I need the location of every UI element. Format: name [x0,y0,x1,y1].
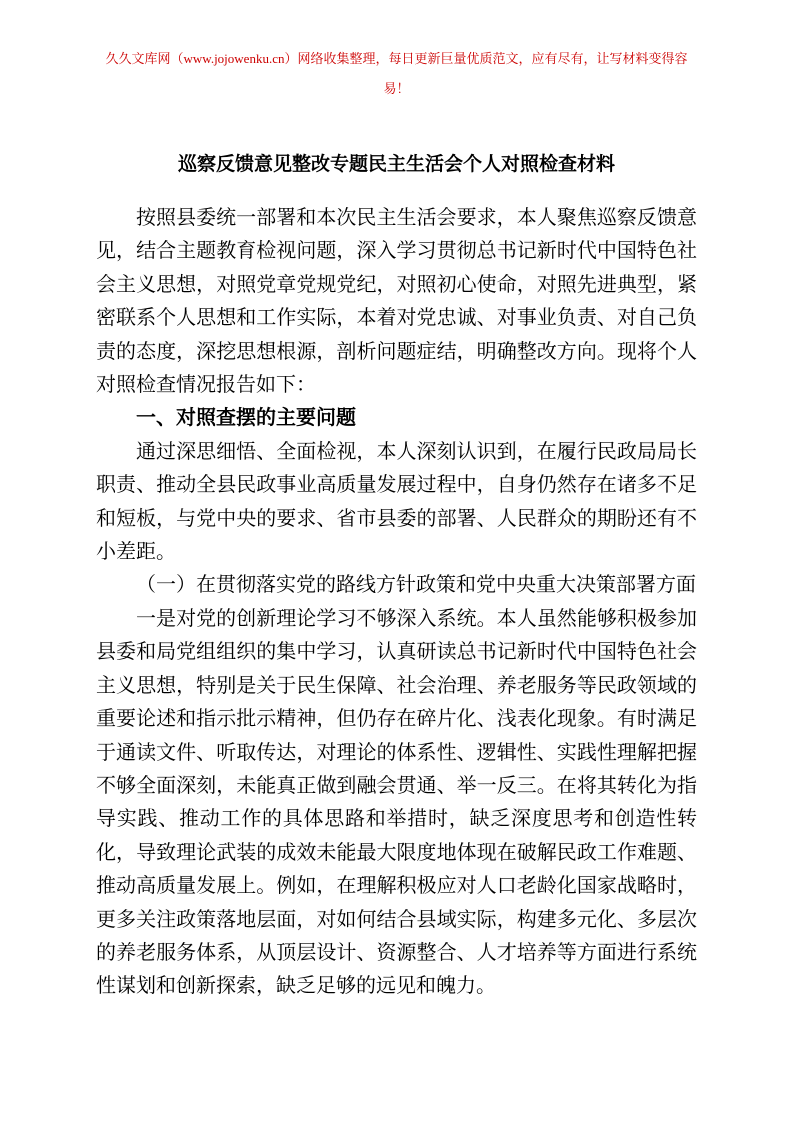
document-title: 巡察反馈意见整改专题民主生活会个人对照检查材料 [96,150,697,180]
paragraph-opening: 按照县委统一部署和本次民主生活会要求，本人聚焦巡察反馈意见，结合主题教育检视问题… [96,202,697,402]
paragraph-problem-1: 一是对党的创新理论学习不够深入系统。本人虽然能够积极参加县委和局党组组织的集中学… [96,603,697,1004]
paragraph-self-review: 通过深思细悟、全面检视，本人深刻认识到，在履行民政局局长职责、推动全县民政事业高… [96,436,697,570]
section-heading-1: 一、对照查摆的主要问题 [96,402,697,435]
subsection-heading-1: （一）在贯彻落实党的路线方针政策和党中央重大决策部署方面 [96,569,697,602]
document-page: 久久文库网（www.jojowenku.cn）网络收集整理，每日更新巨量优质范文… [0,0,793,1122]
watermark-header: 久久文库网（www.jojowenku.cn）网络收集整理，每日更新巨量优质范文… [96,44,697,104]
